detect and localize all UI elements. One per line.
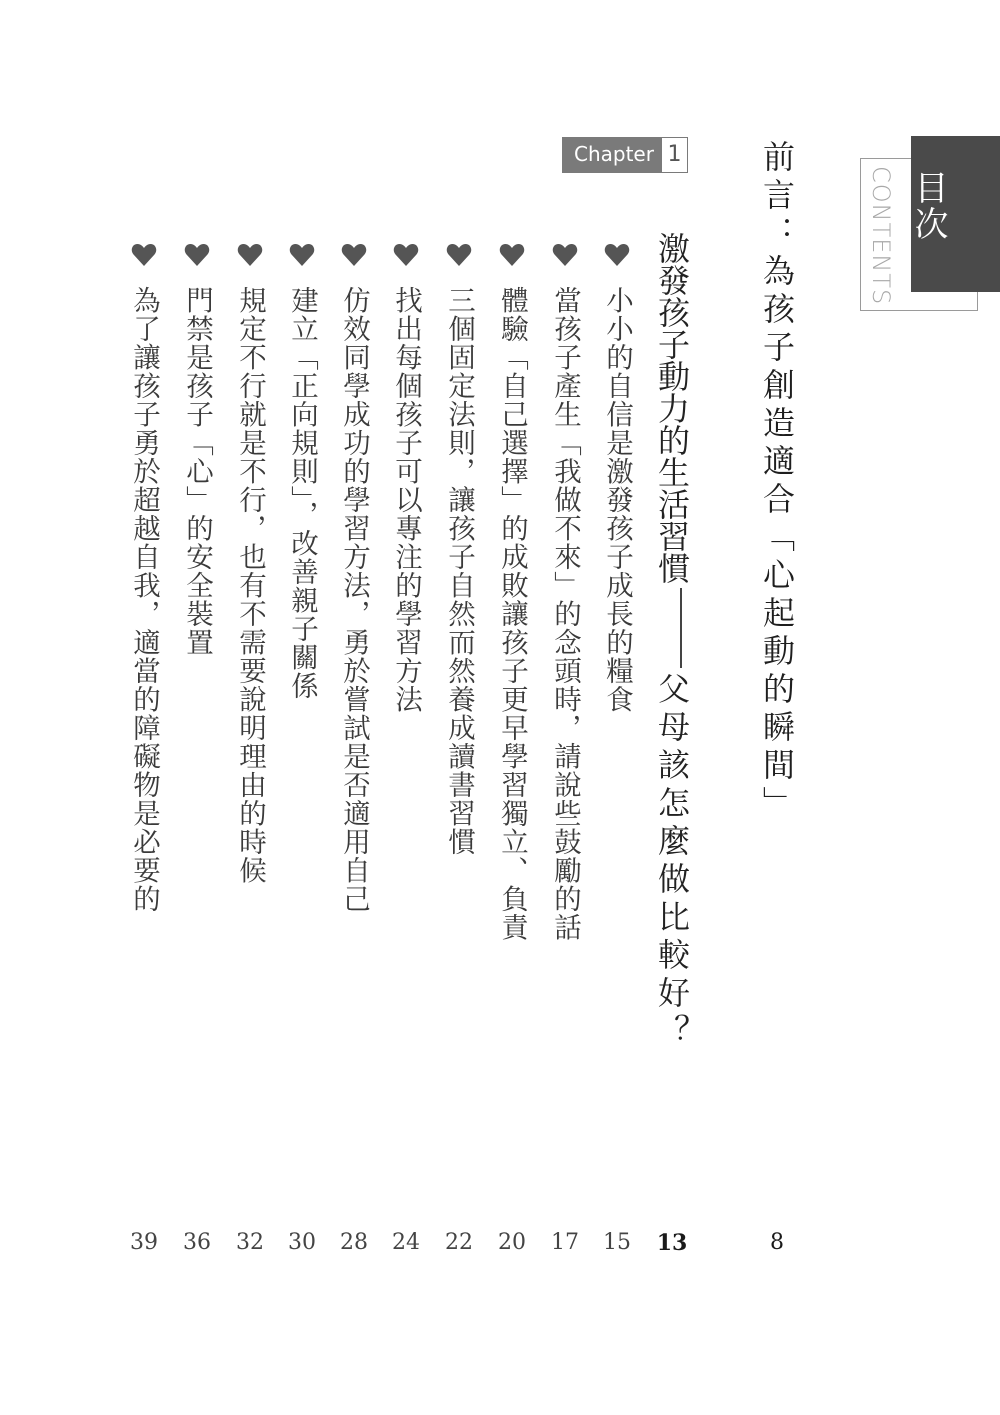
heart-icon (131, 243, 157, 267)
page-number: 20 (492, 1230, 532, 1255)
contents-english-label: CONTENTS (866, 166, 896, 306)
toc-item-text: 規定不行就是不行，也有不需要說明理由的時候 (230, 286, 270, 885)
page-number-chapter: 13 (652, 1230, 692, 1256)
chapter-title[interactable]: 激發孩子動力的生活習慣父母該怎麼做比較好？ (652, 232, 692, 1052)
chapter-title-main: 激發孩子動力的生活習慣 (653, 232, 691, 584)
page-number: 24 (386, 1230, 426, 1255)
toc-item-text: 體驗「自己選擇」的成敗讓孩子更早學習獨立、負責 (492, 286, 532, 942)
heart-icon (552, 243, 578, 267)
heart-icon (184, 243, 210, 267)
toc-item-text: 為了讓孩子勇於超越自我，適當的障礙物是必要的 (124, 286, 164, 913)
page-number: 15 (597, 1230, 637, 1255)
page-number: 32 (230, 1230, 270, 1255)
toc-item-text: 當孩子產生「我做不來」的念頭時，請說些鼓勵的話 (545, 286, 585, 942)
page-number: 39 (124, 1230, 164, 1255)
chapter-badge-label: Chapter (563, 138, 662, 172)
heart-icon (341, 243, 367, 267)
chapter-badge: Chapter 1 (562, 137, 688, 173)
preface-title[interactable]: 前言：為孩子創造適合「心起動的瞬間」 (757, 140, 797, 824)
toc-item-text: 建立「正向規則」，改善親子關係 (282, 286, 322, 700)
heart-icon (446, 243, 472, 267)
contents-chinese-title: 目次 (906, 170, 950, 242)
page-number: 28 (334, 1230, 374, 1255)
heart-icon (237, 243, 263, 267)
heart-icon (289, 243, 315, 267)
page-number: 30 (282, 1230, 322, 1255)
toc-item-text: 門禁是孩子「心」的安全裝置 (177, 286, 217, 657)
page-number-preface: 8 (757, 1230, 797, 1255)
page-number: 36 (177, 1230, 217, 1255)
page-number: 17 (545, 1230, 585, 1255)
toc-item-text: 仿效同學成功的學習方法，勇於嘗試是否適用自己 (334, 286, 374, 913)
em-dash-divider (680, 588, 682, 668)
chapter-title-sub: 父母該怎麼做比較好？ (653, 672, 691, 1052)
heart-icon (604, 243, 630, 267)
heart-icon (499, 243, 525, 267)
toc-item-text: 三個固定法則，讓孩子自然而然養成讀書習慣 (439, 286, 479, 856)
heart-icon (393, 243, 419, 267)
toc-item-text: 找出每個孩子可以專注的學習方法 (386, 286, 426, 714)
chapter-badge-number: 1 (662, 138, 687, 172)
page-number: 22 (439, 1230, 479, 1255)
toc-item-text: 小小的自信是激發孩子成長的糧食 (597, 286, 637, 714)
